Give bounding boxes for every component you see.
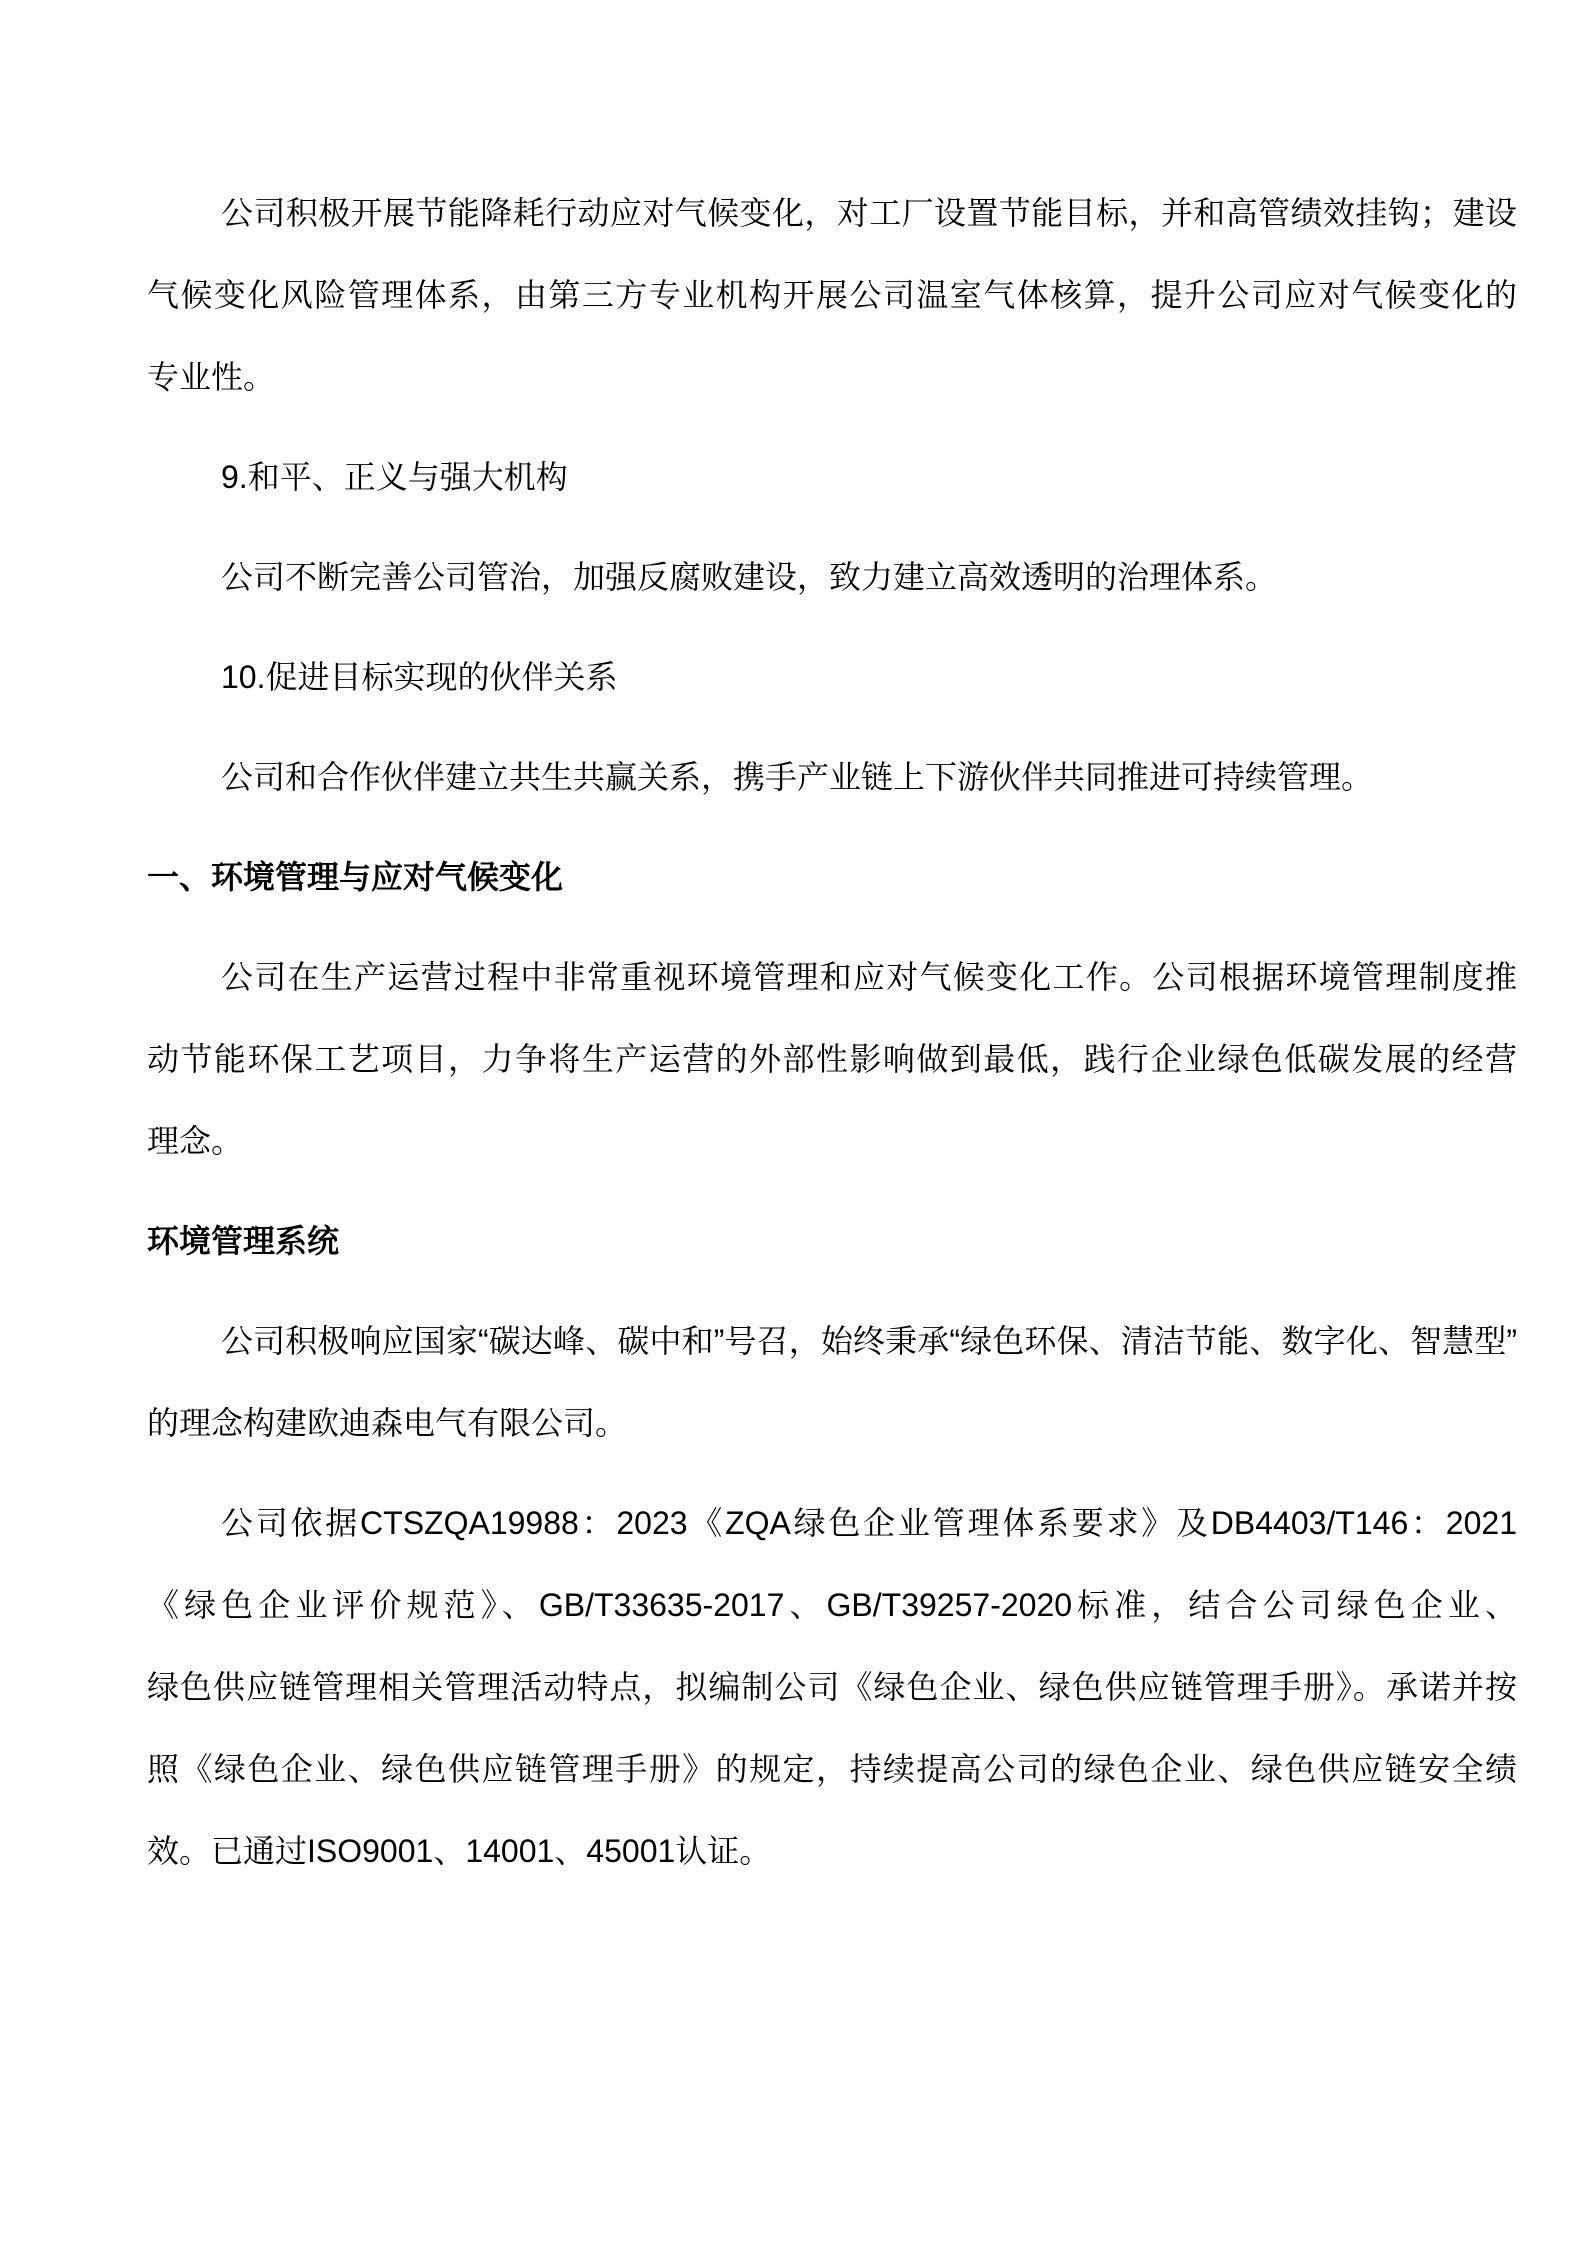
item-10-partnership-for-goals: 10.促进目标实现的伙伴关系 (147, 636, 1517, 718)
para-governance: 公司不断完善公司管治，加强反腐败建设，致力建立高效透明的治理体系。 (147, 536, 1517, 618)
heading-env-management-climate: 一、环境管理与应对气候变化 (147, 836, 1517, 918)
paragraph-line: 照《绿色企业、绿色供应链管理手册》的规定，持续提高公司的绿色企业、绿色供应链安全… (147, 1728, 1517, 1810)
paragraph-line: 《绿色企业评价规范》、GB/T33635-2017、GB/T39257-2020… (147, 1564, 1517, 1646)
document-page: 公司积极开展节能降耗行动应对气候变化，对工厂设置节能目标，并和高管绩效挂钩；建设… (0, 0, 1587, 2245)
paragraph-line: 公司在生产运营过程中非常重视环境管理和应对气候变化工作。公司根据环境管理制度推 (147, 936, 1517, 1018)
document-content: 公司积极开展节能降耗行动应对气候变化，对工厂设置节能目标，并和高管绩效挂钩；建设… (147, 172, 1517, 1892)
para-green-enterprise-standards: 公司依据CTSZQA19988：2023《ZQA绿色企业管理体系要求》及DB44… (147, 1482, 1517, 1892)
paragraph-line: 效。已通过ISO9001、14001、45001认证。 (147, 1810, 1517, 1892)
para-carbon-peak-neutrality: 公司积极响应国家“碳达峰、碳中和”号召，始终秉承“绿色环保、清洁节能、数字化、智… (147, 1300, 1517, 1464)
item-9-peace-justice-institutions: 9.和平、正义与强大机构 (147, 436, 1517, 518)
paragraph-line: 理念。 (147, 1100, 1517, 1182)
paragraph-line: 动节能环保工艺项目，力争将生产运营的外部性影响做到最低，践行企业绿色低碳发展的经… (147, 1018, 1517, 1100)
heading-env-management-system: 环境管理系统 (147, 1200, 1517, 1282)
paragraph-line: 公司不断完善公司管治，加强反腐败建设，致力建立高效透明的治理体系。 (147, 536, 1517, 618)
section-heading-text: 环境管理系统 (147, 1200, 1517, 1282)
paragraph-line: 的理念构建欧迪森电气有限公司。 (147, 1382, 1517, 1464)
paragraph-line: 9.和平、正义与强大机构 (147, 436, 1517, 518)
paragraph-line: 公司积极开展节能降耗行动应对气候变化，对工厂设置节能目标，并和高管绩效挂钩；建设 (147, 172, 1517, 254)
paragraph-line: 绿色供应链管理相关管理活动特点，拟编制公司《绿色企业、绿色供应链管理手册》。承诺… (147, 1646, 1517, 1728)
paragraph-line: 10.促进目标实现的伙伴关系 (147, 636, 1517, 718)
section-heading-text: 一、环境管理与应对气候变化 (147, 836, 1517, 918)
paragraph-line: 专业性。 (147, 336, 1517, 418)
para-climate-actions: 公司积极开展节能降耗行动应对气候变化，对工厂设置节能目标，并和高管绩效挂钩；建设… (147, 172, 1517, 418)
paragraph-line: 公司积极响应国家“碳达峰、碳中和”号召，始终秉承“绿色环保、清洁节能、数字化、智… (147, 1300, 1517, 1382)
para-env-operations: 公司在生产运营过程中非常重视环境管理和应对气候变化工作。公司根据环境管理制度推动… (147, 936, 1517, 1182)
paragraph-line: 公司和合作伙伴建立共生共赢关系，携手产业链上下游伙伴共同推进可持续管理。 (147, 736, 1517, 818)
paragraph-line: 气候变化风险管理体系，由第三方专业机构开展公司温室气体核算，提升公司应对气候变化… (147, 254, 1517, 336)
paragraph-line: 公司依据CTSZQA19988：2023《ZQA绿色企业管理体系要求》及DB44… (147, 1482, 1517, 1564)
para-partnership: 公司和合作伙伴建立共生共赢关系，携手产业链上下游伙伴共同推进可持续管理。 (147, 736, 1517, 818)
